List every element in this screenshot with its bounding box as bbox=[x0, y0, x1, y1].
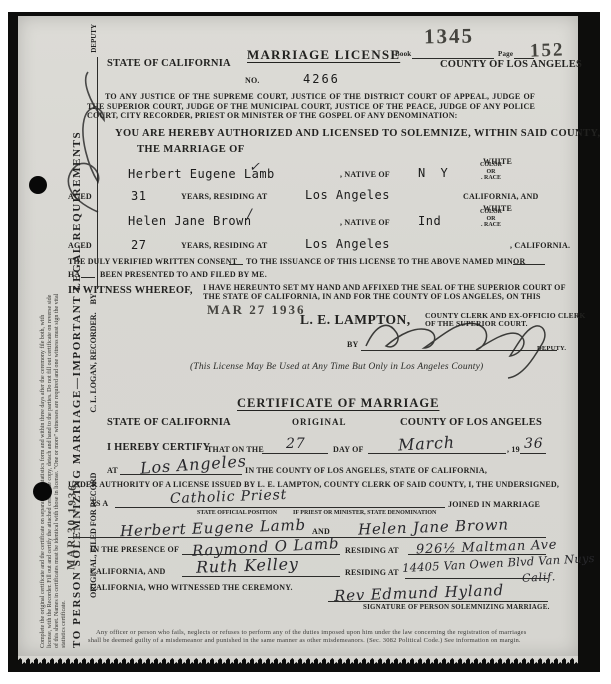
usage-note: (This License May Be Used at Any Time Bu… bbox=[190, 362, 483, 372]
margin-instruction-line: Complete the original certificate and th… bbox=[40, 20, 47, 648]
groom-residing-label: YEARS, RESIDING AT bbox=[181, 192, 267, 201]
groom-state-suffix: CALIFORNIA, AND bbox=[463, 192, 538, 201]
consent-blank-1 bbox=[229, 264, 243, 265]
license-title: MARRIAGE LICENSE bbox=[247, 47, 400, 63]
bride-native-value: Ind bbox=[418, 214, 441, 228]
day-of-label: DAY OF bbox=[333, 445, 364, 454]
punch-hole-top bbox=[29, 176, 47, 194]
day-value: 27 bbox=[286, 436, 305, 452]
margin-recorder-name: C. L. LOGAN, RECORDER. bbox=[89, 312, 98, 412]
groom-native-value: N Y bbox=[418, 166, 452, 180]
california-and-label: CALIFORNIA, AND bbox=[90, 567, 165, 576]
joined-in-marriage-label: JOINED IN MARRIAGE bbox=[448, 500, 540, 509]
at-label: AT bbox=[107, 466, 118, 475]
consent-label-b: TO THE ISSUANCE OF THIS LICENSE TO THE A… bbox=[246, 257, 525, 266]
bride-color-or-race-label: COLOROR. RACE bbox=[478, 209, 504, 229]
authority-line: UNDER AUTHORITY OF A LICENSE ISSUED BY L… bbox=[68, 480, 559, 489]
year-prefix-label: , 19 bbox=[507, 445, 520, 454]
groom-aged-label: AGED bbox=[68, 192, 92, 201]
book-number-stamp: 1345 bbox=[424, 24, 474, 50]
bride-native-of-label: , NATIVE OF bbox=[340, 218, 390, 227]
witnessed-ceremony-line: CALIFORNIA, WHO WITNESSED THE CEREMONY. bbox=[90, 583, 293, 592]
bride-residing-label: YEARS, RESIDING AT bbox=[181, 241, 267, 250]
as-a-label: AS A bbox=[90, 499, 108, 508]
month-blank-line bbox=[368, 453, 506, 454]
groom-age-value: 31 bbox=[131, 189, 146, 203]
margin-filed-label: ORIGINAL, FILED FOR RECORD bbox=[89, 473, 98, 598]
presence-label: IN THE PRESENCE OF bbox=[90, 545, 179, 554]
groom-native-of-label: , NATIVE OF bbox=[340, 170, 390, 179]
year-value: 36 bbox=[524, 436, 543, 452]
consent-blank-2 bbox=[513, 264, 545, 265]
marriage-of-label: THE MARRIAGE OF bbox=[137, 144, 245, 155]
groom-checkmark: ✓ bbox=[249, 160, 261, 175]
residing-at-label-2: RESIDING AT bbox=[345, 568, 399, 577]
bride-age-value: 27 bbox=[131, 238, 146, 252]
consent-label-a: THE DULY VERIFIED WRITTEN CONSENT bbox=[68, 257, 237, 266]
position-sublabel-2: IF PRIEST OR MINISTER, STATE DENOMINATIO… bbox=[293, 510, 436, 516]
day-blank-line bbox=[262, 453, 328, 454]
in-county-line: IN THE COUNTY OF LOS ANGELES, STATE OF C… bbox=[245, 466, 487, 475]
authorization-line: YOU ARE HEREBY AUTHORIZED AND LICENSED T… bbox=[115, 128, 600, 139]
bride-state-suffix: , CALIFORNIA. bbox=[510, 241, 570, 250]
consent-label-d: BEEN PRESENTED TO AND FILED BY ME. bbox=[100, 270, 267, 279]
license-number: 4266 bbox=[303, 72, 340, 86]
license-state-heading: STATE OF CALIFORNIA bbox=[107, 58, 231, 69]
by-label: BY bbox=[347, 340, 359, 349]
witness-whereof-label: IN WITNESS WHEREOF, bbox=[68, 285, 193, 296]
witness2-name: Ruth Kelley bbox=[196, 554, 299, 577]
witness2-address-line2: Calif. bbox=[522, 570, 557, 585]
certificate-state-heading: STATE OF CALIFORNIA bbox=[107, 417, 231, 428]
perforated-edge bbox=[18, 656, 578, 664]
officiant-signature-line bbox=[328, 601, 548, 602]
position-sublabel-1: STATE OFFICIAL POSITION bbox=[197, 510, 277, 516]
certificate-county-heading: COUNTY OF LOS ANGELES bbox=[400, 417, 542, 428]
deputy-label: DEPUTY. bbox=[537, 345, 566, 352]
bride-aged-label: AGED bbox=[68, 241, 92, 250]
groom-city-value: Los Angeles bbox=[305, 188, 390, 202]
license-addressee: TO ANY JUSTICE OF THE SUPREME COURT, JUS… bbox=[87, 92, 535, 121]
month-value: March bbox=[398, 433, 456, 455]
margin-date-stamp: MAR 30 1936 bbox=[65, 483, 79, 570]
groom-color-or-race-label: COLOROR. RACE bbox=[478, 162, 504, 182]
certify-label: I HEREBY CERTIFY bbox=[107, 442, 210, 453]
officiant-signature-label: SIGNATURE OF PERSON SOLEMNIZING MARRIAGE… bbox=[363, 603, 550, 611]
book-label: Book bbox=[395, 50, 411, 58]
fine-print-line1: Any officer or person who fails, neglect… bbox=[96, 629, 526, 636]
punch-hole-bottom bbox=[33, 482, 52, 501]
position-blank-line bbox=[115, 507, 445, 508]
license-date-stamp: MAR 27 1936 bbox=[207, 302, 306, 318]
license-county-heading: COUNTY OF LOS ANGELES bbox=[440, 59, 582, 70]
margin-instruction-line: license, with the Recorder. Fill out and… bbox=[47, 20, 54, 648]
bride-checkmark: / bbox=[247, 207, 253, 223]
residing-at-label-1: RESIDING AT bbox=[345, 546, 399, 555]
page-label: Page bbox=[498, 50, 513, 58]
consent-blank-3 bbox=[81, 277, 95, 278]
certificate-title: CERTIFICATE OF MARRIAGE bbox=[237, 396, 439, 411]
license-no-label: NO. bbox=[245, 76, 260, 85]
bride-name: Helen Jane Brown bbox=[128, 214, 252, 228]
fine-print-line2: shall be deemed guilty of a misdemeanor … bbox=[88, 637, 521, 644]
year-blank-line bbox=[520, 453, 546, 454]
margin-deputy-label: DEPUTY bbox=[90, 24, 98, 53]
witness-text-line1: I HAVE HEREUNTO SET MY HAND AND AFFIXED … bbox=[203, 283, 566, 292]
bride-city-value: Los Angeles bbox=[305, 237, 390, 251]
consent-label-c: HA bbox=[68, 270, 80, 279]
certificate-original-label: ORIGINAL bbox=[292, 417, 347, 427]
